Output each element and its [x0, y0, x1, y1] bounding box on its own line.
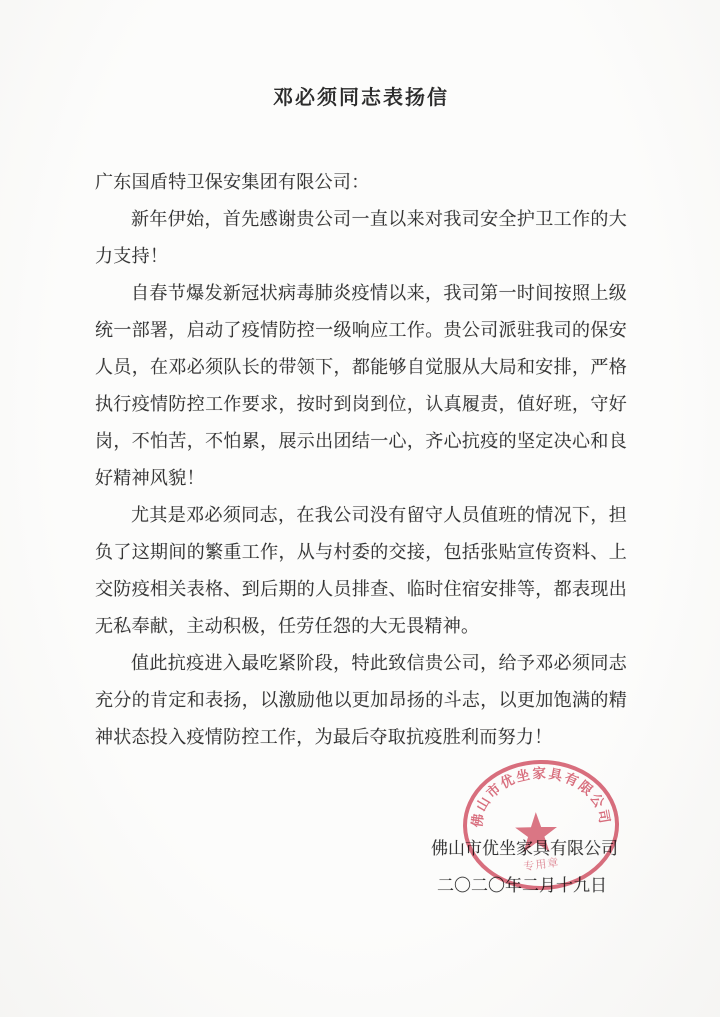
signature-company: 佛山市优坐家具有限公司	[95, 830, 627, 867]
paragraph: 值此抗疫进入最吃紧阶段，特此致信贵公司，给予邓必须同志充分的肯定和表扬，以激励他…	[95, 645, 627, 756]
body-paragraphs: 新年伊始，首先感谢贵公司一直以来对我司安全护卫工作的大力支持！自春节爆发新冠状病…	[95, 201, 627, 756]
seal-arc-text: 佛山市优坐家具有限公司	[467, 764, 613, 829]
salutation: 广东国盾特卫保安集团有限公司：	[95, 164, 627, 201]
paragraph: 新年伊始，首先感谢贵公司一直以来对我司安全护卫工作的大力支持！	[95, 201, 627, 275]
letter-title: 邓必须同志表扬信	[95, 84, 627, 112]
signature-block: 佛山市优坐家具有限公司 二〇二〇年二月十九日	[95, 830, 627, 904]
letter-page: 邓必须同志表扬信 广东国盾特卫保安集团有限公司： 新年伊始，首先感谢贵公司一直以…	[0, 0, 720, 1017]
paragraph: 尤其是邓必须同志，在我公司没有留守人员值班的情况下，担负了这期间的繁重工作，从与…	[95, 497, 627, 645]
letter-body: 广东国盾特卫保安集团有限公司： 新年伊始，首先感谢贵公司一直以来对我司安全护卫工…	[95, 164, 627, 756]
paragraph: 自春节爆发新冠状病毒肺炎疫情以来，我司第一时间按照上级统一部署，启动了疫情防控一…	[95, 275, 627, 497]
signature-date: 二〇二〇年二月十九日	[95, 867, 627, 904]
